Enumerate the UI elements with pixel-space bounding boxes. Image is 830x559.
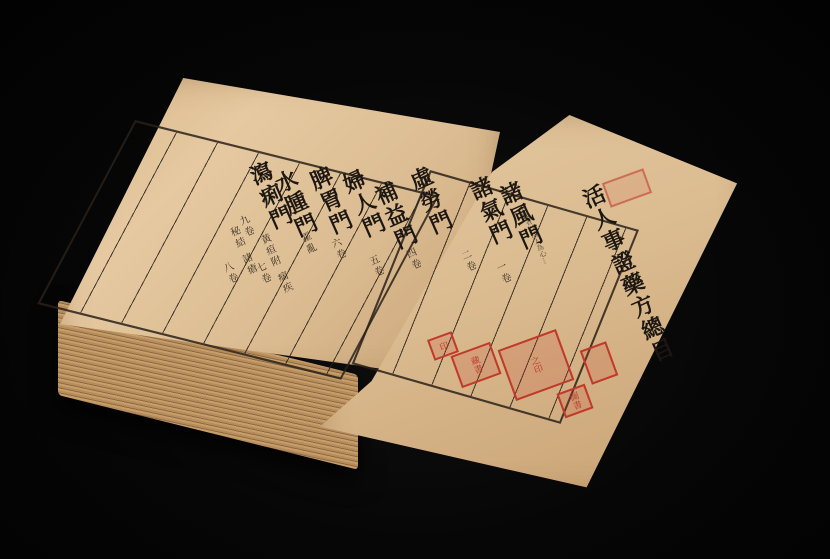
open-book: 活人事證藥方總目 夫醫者以活人為心… 諸風門 一卷 諸氣門 二卷 虛勞門 四卷 … bbox=[0, 0, 830, 559]
